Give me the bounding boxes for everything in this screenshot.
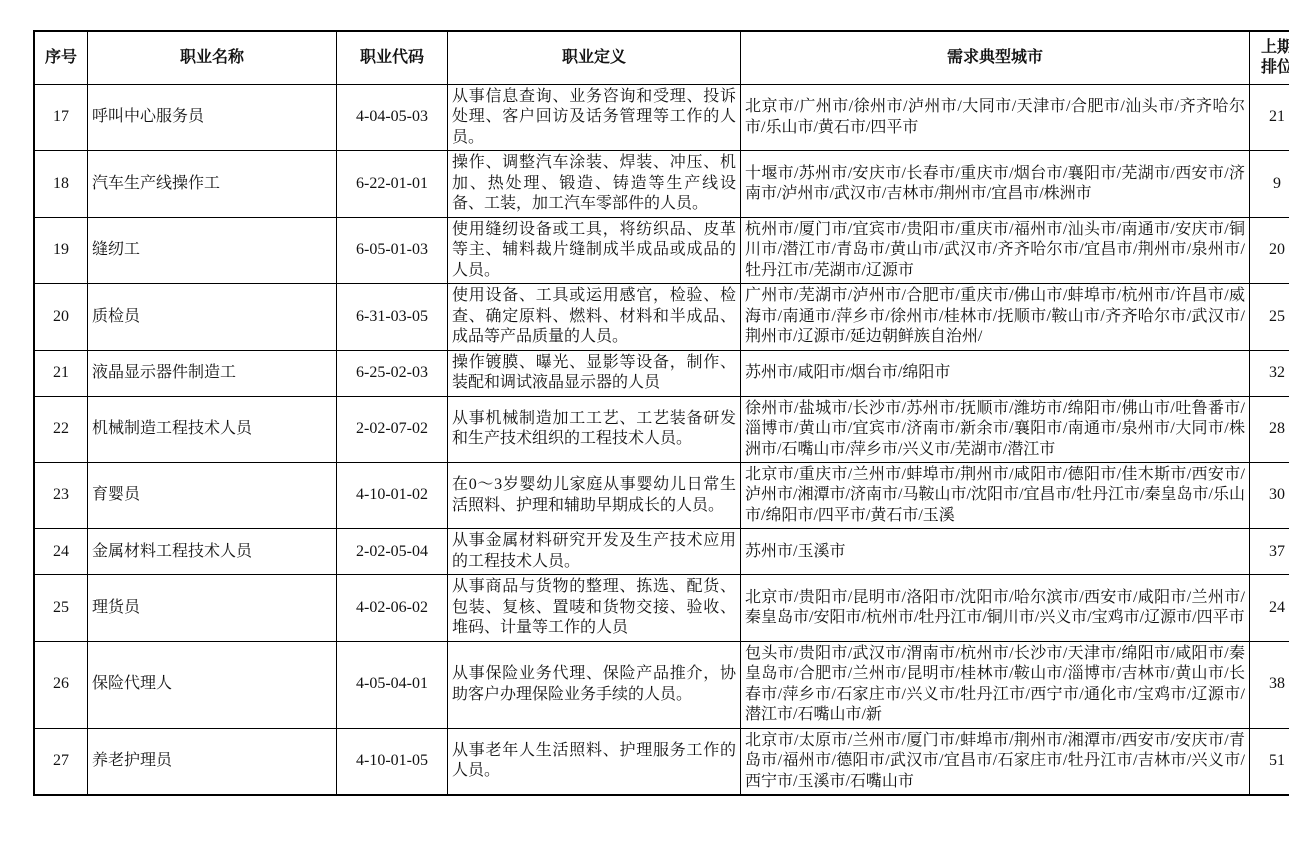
cell-cities: 徐州市/盐城市/长沙市/苏州市/抚顺市/潍坊市/绵阳市/佛山市/吐鲁番市/淄博市…	[741, 396, 1250, 462]
cell-cities: 北京市/贵阳市/昆明市/洛阳市/沈阳市/哈尔滨市/西安市/咸阳市/兰州市/秦皇岛…	[741, 575, 1250, 641]
cell-occupation-code: 2-02-05-04	[337, 529, 448, 575]
cell-occupation-name: 缝纫工	[88, 217, 337, 283]
cell-occupation-code: 4-04-05-03	[337, 85, 448, 151]
cell-definition: 从事老年人生活照料、护理服务工作的人员。	[448, 728, 741, 795]
table-row: 25理货员4-02-06-02从事商品与货物的整理、拣选、配货、包装、复核、置唛…	[34, 575, 1289, 641]
cell-occupation-code: 2-02-07-02	[337, 396, 448, 462]
cell-cities: 十堰市/苏州市/安庆市/长春市/重庆市/烟台市/襄阳市/芜湖市/西安市/济南市/…	[741, 151, 1250, 217]
cell-serial: 17	[34, 85, 88, 151]
cell-prev-rank: 38	[1250, 641, 1289, 728]
table-row: 20质检员6-31-03-05使用设备、工具或运用感官，检验、检查、确定原料、燃…	[34, 284, 1289, 350]
table-row: 22机械制造工程技术人员2-02-07-02从事机械制造加工工艺、工艺装备研发和…	[34, 396, 1289, 462]
cell-definition: 从事金属材料研究开发及生产技术应用的工程技术人员。	[448, 529, 741, 575]
cell-definition: 从事保险业务代理、保险产品推介，协助客户办理保险业务手续的人员。	[448, 641, 741, 728]
cell-serial: 18	[34, 151, 88, 217]
header-occupation-code: 职业代码	[337, 31, 448, 85]
cell-serial: 19	[34, 217, 88, 283]
cell-occupation-name: 养老护理员	[88, 728, 337, 795]
cell-occupation-name: 保险代理人	[88, 641, 337, 728]
header-serial: 序号	[34, 31, 88, 85]
cell-serial: 20	[34, 284, 88, 350]
cell-occupation-name: 呼叫中心服务员	[88, 85, 337, 151]
cell-cities: 广州市/芜湖市/泸州市/合肥市/重庆市/佛山市/蚌埠市/杭州市/许昌市/威海市/…	[741, 284, 1250, 350]
cell-prev-rank: 28	[1250, 396, 1289, 462]
table-header: 序号 职业名称 职业代码 职业定义 需求典型城市 上期排位	[34, 31, 1289, 85]
table-header-row: 序号 职业名称 职业代码 职业定义 需求典型城市 上期排位	[34, 31, 1289, 85]
cell-definition: 从事商品与货物的整理、拣选、配货、包装、复核、置唛和货物交接、验收、堆码、计量等…	[448, 575, 741, 641]
cell-occupation-code: 4-10-01-02	[337, 462, 448, 528]
table-row: 17呼叫中心服务员4-04-05-03从事信息查询、业务咨询和受理、投诉处理、客…	[34, 85, 1289, 151]
cell-prev-rank: 25	[1250, 284, 1289, 350]
cell-occupation-code: 6-22-01-01	[337, 151, 448, 217]
cell-definition: 从事机械制造加工工艺、工艺装备研发和生产技术组织的工程技术人员。	[448, 396, 741, 462]
cell-occupation-code: 4-10-01-05	[337, 728, 448, 795]
cell-serial: 22	[34, 396, 88, 462]
table-row: 19缝纫工6-05-01-03使用缝纫设备或工具，将纺织品、皮革等主、辅料裁片缝…	[34, 217, 1289, 283]
cell-serial: 21	[34, 350, 88, 396]
cell-serial: 26	[34, 641, 88, 728]
cell-definition: 操作、调整汽车涂装、焊装、冲压、机加、热处理、锻造、铸造等生产线设备、工装，加工…	[448, 151, 741, 217]
cell-prev-rank: 30	[1250, 462, 1289, 528]
cell-definition: 操作镀膜、曝光、显影等设备，制作、装配和调试液晶显示器的人员	[448, 350, 741, 396]
header-definition: 职业定义	[448, 31, 741, 85]
cell-occupation-code: 4-05-04-01	[337, 641, 448, 728]
table-row: 24金属材料工程技术人员2-02-05-04从事金属材料研究开发及生产技术应用的…	[34, 529, 1289, 575]
cell-occupation-name: 机械制造工程技术人员	[88, 396, 337, 462]
cell-definition: 使用缝纫设备或工具，将纺织品、皮革等主、辅料裁片缝制成半成品或成品的人员。	[448, 217, 741, 283]
cell-occupation-code: 6-25-02-03	[337, 350, 448, 396]
cell-occupation-name: 汽车生产线操作工	[88, 151, 337, 217]
header-prev-rank: 上期排位	[1250, 31, 1289, 85]
cell-occupation-name: 育婴员	[88, 462, 337, 528]
cell-cities: 包头市/贵阳市/武汉市/渭南市/杭州市/长沙市/天津市/绵阳市/咸阳市/秦皇岛市…	[741, 641, 1250, 728]
table-row: 18汽车生产线操作工6-22-01-01操作、调整汽车涂装、焊装、冲压、机加、热…	[34, 151, 1289, 217]
cell-cities: 北京市/广州市/徐州市/泸州市/大同市/天津市/合肥市/汕头市/齐齐哈尔市/乐山…	[741, 85, 1250, 151]
cell-cities: 苏州市/玉溪市	[741, 529, 1250, 575]
table-row: 23育婴员4-10-01-02在0～3岁婴幼儿家庭从事婴幼儿日常生活照料、护理和…	[34, 462, 1289, 528]
cell-cities: 苏州市/咸阳市/烟台市/绵阳市	[741, 350, 1250, 396]
cell-prev-rank: 9	[1250, 151, 1289, 217]
cell-serial: 24	[34, 529, 88, 575]
table-row: 21液晶显示器件制造工6-25-02-03操作镀膜、曝光、显影等设备，制作、装配…	[34, 350, 1289, 396]
cell-occupation-name: 理货员	[88, 575, 337, 641]
cell-occupation-code: 4-02-06-02	[337, 575, 448, 641]
cell-definition: 从事信息查询、业务咨询和受理、投诉处理、客户回访及话务管理等工作的人员。	[448, 85, 741, 151]
cell-occupation-code: 6-05-01-03	[337, 217, 448, 283]
cell-occupation-name: 液晶显示器件制造工	[88, 350, 337, 396]
cell-occupation-name: 质检员	[88, 284, 337, 350]
cell-prev-rank: 51	[1250, 728, 1289, 795]
cell-definition: 在0～3岁婴幼儿家庭从事婴幼儿日常生活照料、护理和辅助早期成长的人员。	[448, 462, 741, 528]
cell-prev-rank: 32	[1250, 350, 1289, 396]
table-body: 17呼叫中心服务员4-04-05-03从事信息查询、业务咨询和受理、投诉处理、客…	[34, 85, 1289, 796]
header-cities: 需求典型城市	[741, 31, 1250, 85]
cell-serial: 23	[34, 462, 88, 528]
cell-occupation-code: 6-31-03-05	[337, 284, 448, 350]
occupation-demand-table: 序号 职业名称 职业代码 职业定义 需求典型城市 上期排位 17呼叫中心服务员4…	[33, 30, 1289, 796]
cell-cities: 北京市/重庆市/兰州市/蚌埠市/荆州市/咸阳市/德阳市/佳木斯市/西安市/泸州市…	[741, 462, 1250, 528]
cell-occupation-name: 金属材料工程技术人员	[88, 529, 337, 575]
cell-prev-rank: 20	[1250, 217, 1289, 283]
cell-prev-rank: 21	[1250, 85, 1289, 151]
cell-prev-rank: 37	[1250, 529, 1289, 575]
table-row: 27养老护理员4-10-01-05从事老年人生活照料、护理服务工作的人员。北京市…	[34, 728, 1289, 795]
cell-serial: 25	[34, 575, 88, 641]
cell-definition: 使用设备、工具或运用感官，检验、检查、确定原料、燃料、材料和半成品、成品等产品质…	[448, 284, 741, 350]
table-row: 26保险代理人4-05-04-01从事保险业务代理、保险产品推介，协助客户办理保…	[34, 641, 1289, 728]
cell-cities: 杭州市/厦门市/宜宾市/贵阳市/重庆市/福州市/汕头市/南通市/安庆市/铜川市/…	[741, 217, 1250, 283]
cell-cities: 北京市/太原市/兰州市/厦门市/蚌埠市/荆州市/湘潭市/西安市/安庆市/青岛市/…	[741, 728, 1250, 795]
cell-serial: 27	[34, 728, 88, 795]
cell-prev-rank: 24	[1250, 575, 1289, 641]
document-page: 序号 职业名称 职业代码 职业定义 需求典型城市 上期排位 17呼叫中心服务员4…	[0, 0, 1289, 861]
header-occupation-name: 职业名称	[88, 31, 337, 85]
